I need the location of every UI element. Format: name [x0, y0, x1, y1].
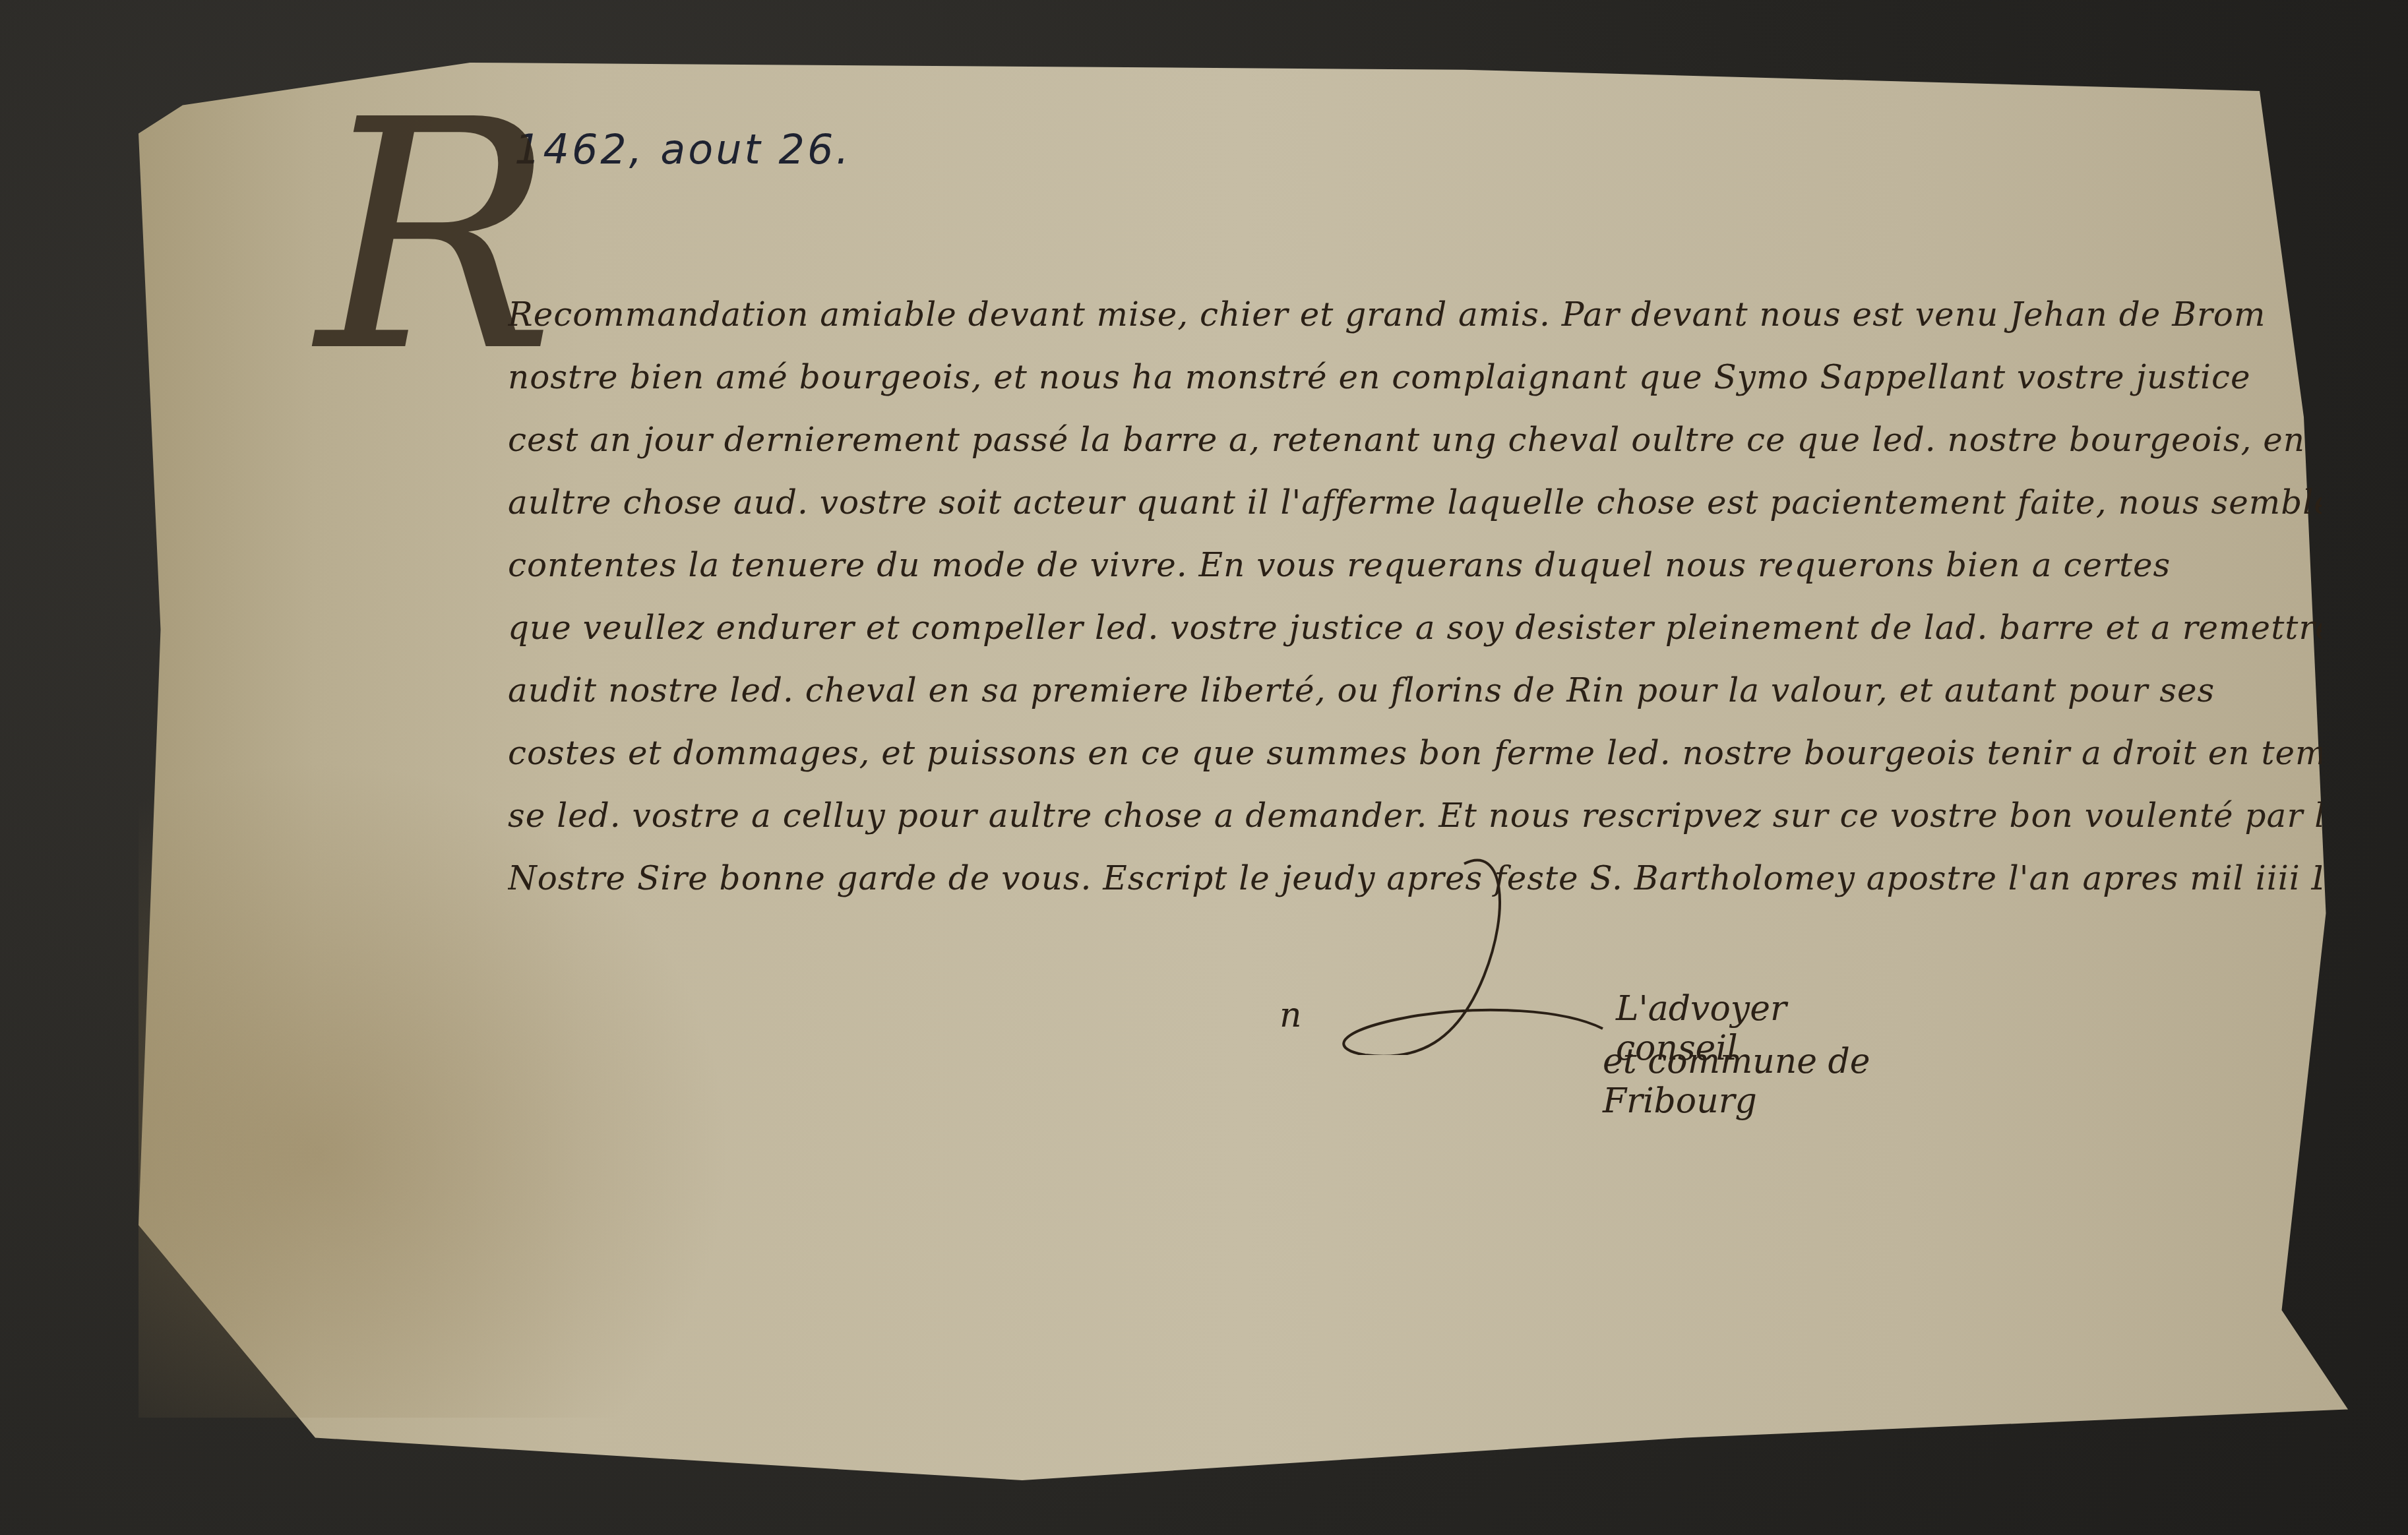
text-line: contentes la tenuere du mode de vivre. E… [508, 534, 2322, 597]
text-line: nostre bien amé bourgeois, et nous ha mo… [508, 346, 2322, 409]
archival-date-note: 1462, aout 26. [514, 125, 851, 173]
text-line: cest an jour dernierement passé la barre… [508, 409, 2322, 471]
text-line: Recommandation amiable devant mise, chie… [508, 284, 2322, 346]
signature-mark: n [1280, 996, 1302, 1035]
signature-block: n L'advoyer conseil et commune de Fribou… [1352, 976, 1880, 1187]
text-line: audit nostre led. cheval en sa premiere … [508, 659, 2322, 722]
text-line: costes et dommages, et puissons en ce qu… [508, 722, 2322, 785]
letter-body: Recommandation amiable devant mise, chie… [508, 284, 2322, 910]
text-line: que veullez endurer et compeller led. vo… [508, 597, 2322, 659]
signature-line-2: et commune de Fribourg [1603, 1042, 1880, 1121]
text-line: se led. vostre a celluy pour aultre chos… [508, 785, 2322, 847]
text-line: aultre chose aud. vostre soit acteur qua… [508, 471, 2322, 534]
